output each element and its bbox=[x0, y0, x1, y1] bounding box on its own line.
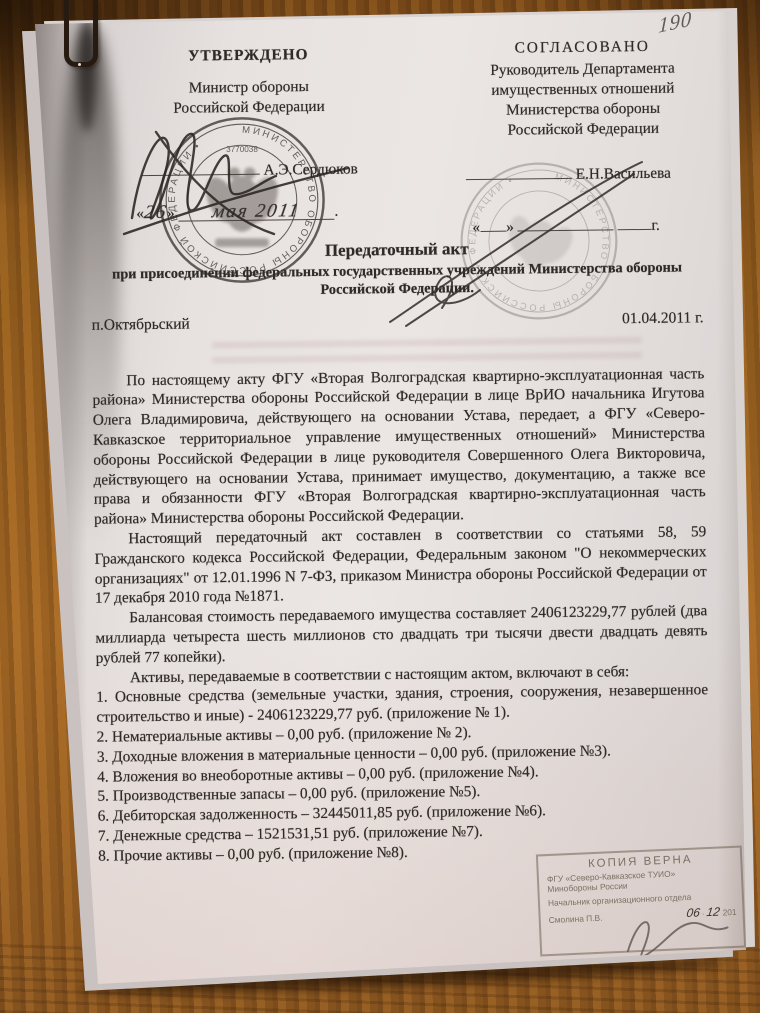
stamp-name: Смолина П.В. bbox=[549, 913, 603, 925]
document-page: 190 МИНИСТЕРСТВО ОБОРОНЫ РОССИЙСКОЙ ФЕДЕ… bbox=[30, 2, 746, 1006]
paragraph: Настоящий передаточный акт составлен в с… bbox=[94, 522, 707, 609]
act-place: п.Октябрьский bbox=[92, 314, 190, 335]
agreed-role-line: имущественных отношений bbox=[465, 78, 701, 101]
agreed-title: СОГЛАСОВАНО bbox=[464, 36, 700, 59]
approved-title: УТВЕРЖДЕНО bbox=[126, 44, 370, 67]
assets-list: 1. Основные средства (земельные участки,… bbox=[96, 681, 710, 867]
copy-verified-stamp: КОПИЯ ВЕРНА ФГУ «Северо-Кавказское ТУИО»… bbox=[536, 846, 746, 957]
paragraph: По настоящему акту ФГУ «Вторая Волгоград… bbox=[92, 364, 706, 530]
agreed-role-line: Руководитель Департамента bbox=[464, 58, 700, 81]
bleed-through-text bbox=[212, 337, 642, 368]
paper-clip bbox=[64, 0, 98, 67]
agreed-role-line: Российской Федерации bbox=[465, 118, 701, 141]
vasileva-signature bbox=[386, 158, 654, 328]
serdyukov-signature bbox=[116, 106, 360, 252]
paragraph: Балансовая стоимость передаваемого имуще… bbox=[95, 601, 708, 668]
